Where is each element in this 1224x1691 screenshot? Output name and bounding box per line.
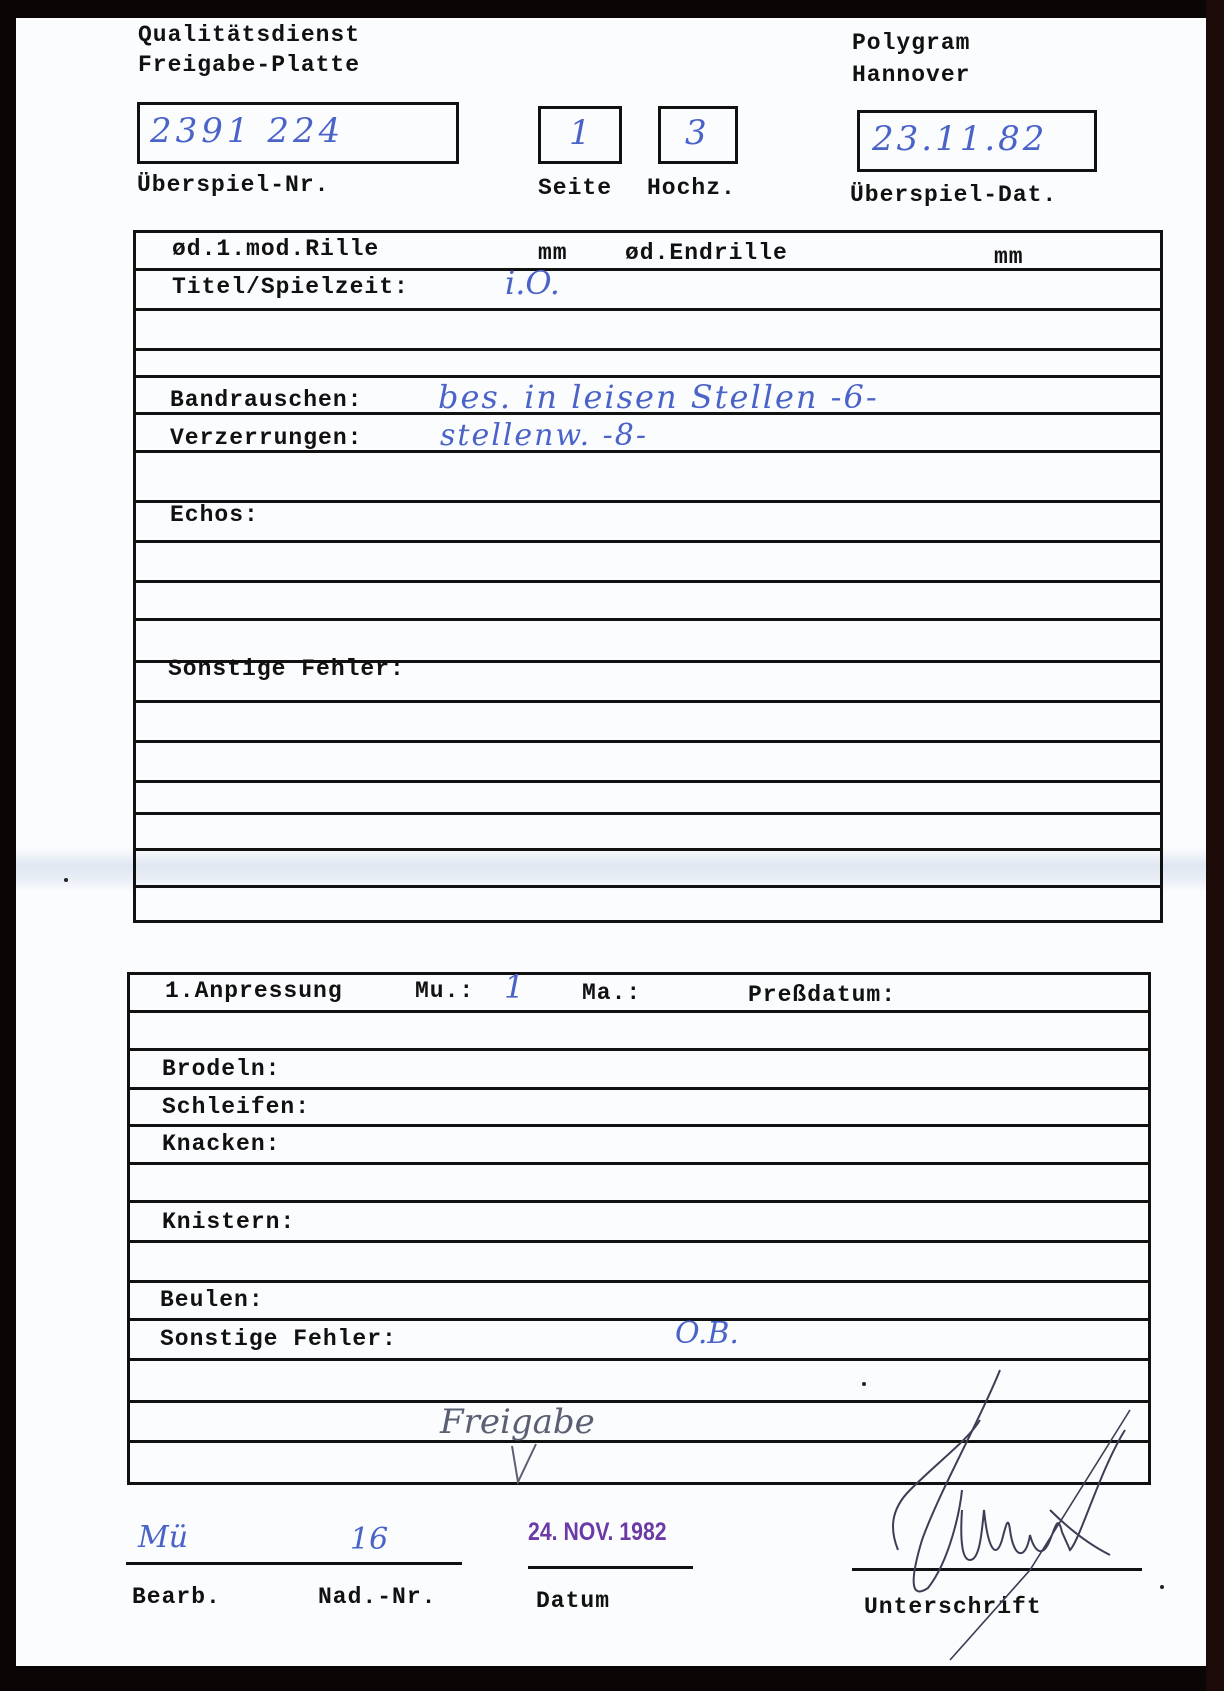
ueberspiel-nr-value: 2391 224 bbox=[150, 111, 344, 151]
table-rule bbox=[133, 812, 1163, 815]
titel-value[interactable]: i.O. bbox=[505, 264, 560, 302]
mu-value[interactable]: 1 bbox=[504, 968, 524, 1006]
hochz-value: 3 bbox=[685, 113, 707, 153]
bearb-nadel-underline bbox=[126, 1562, 462, 1565]
ink-dot bbox=[862, 1382, 866, 1386]
table-rule bbox=[133, 618, 1163, 621]
table-rule bbox=[133, 700, 1163, 703]
table-rule bbox=[127, 1280, 1151, 1283]
hochz-field[interactable]: 3 bbox=[658, 106, 738, 164]
table-rule bbox=[133, 885, 1163, 888]
ueberspiel-dat-value: 23.11.82 bbox=[872, 119, 1047, 159]
table-rule bbox=[133, 308, 1163, 311]
table-rule bbox=[133, 920, 1163, 923]
table-rule bbox=[133, 348, 1163, 351]
table-rule bbox=[127, 972, 1151, 975]
datum-label: Datum bbox=[536, 1588, 610, 1614]
table-rule bbox=[133, 500, 1163, 503]
table-rule bbox=[133, 540, 1163, 543]
table-rule bbox=[133, 230, 1163, 233]
ueberspiel-dat-label: Überspiel-Dat. bbox=[850, 182, 1057, 208]
knacken-label: Knacken: bbox=[162, 1131, 280, 1157]
table-rule bbox=[133, 780, 1163, 783]
form-title: Freigabe-Platte bbox=[138, 52, 360, 78]
verzerrungen-value[interactable]: stellenw. -8- bbox=[440, 418, 648, 453]
ueberspiel-dat-field[interactable]: 23.11.82 bbox=[857, 110, 1097, 172]
ink-dot bbox=[64, 878, 68, 882]
beulen-label: Beulen: bbox=[160, 1287, 264, 1313]
rille-label: ød.1.mod.Rille bbox=[172, 236, 379, 262]
seite-value: 1 bbox=[569, 113, 591, 153]
verzerrungen-label: Verzerrungen: bbox=[170, 425, 362, 451]
echos-label: Echos: bbox=[170, 502, 259, 528]
mu-label: Mu.: bbox=[415, 978, 474, 1004]
endrille-unit: mm bbox=[994, 244, 1024, 270]
sonstige-fehler-label-upper: Sonstige Fehler: bbox=[168, 656, 405, 682]
table-border-left bbox=[133, 230, 136, 923]
datum-underline bbox=[528, 1566, 693, 1569]
rille-unit: mm bbox=[538, 240, 568, 266]
bearb-value[interactable]: Mü bbox=[138, 1520, 188, 1555]
table-rule bbox=[127, 1124, 1151, 1127]
hochz-label: Hochz. bbox=[647, 175, 736, 201]
titel-label: Titel/Spielzeit: bbox=[172, 274, 409, 300]
freigabe-handwritten-note: Freigabe bbox=[440, 1402, 595, 1442]
pressdatum-label: Preßdatum: bbox=[748, 982, 896, 1008]
ma-label: Ma.: bbox=[582, 980, 641, 1006]
table-rule bbox=[127, 1240, 1151, 1243]
brodeln-label: Brodeln: bbox=[162, 1056, 280, 1082]
ueberspiel-nr-field[interactable]: 2391 224 bbox=[137, 102, 459, 164]
ink-dot bbox=[1160, 1585, 1164, 1589]
company-city: Hannover bbox=[852, 62, 970, 88]
scan-edge bbox=[1206, 0, 1224, 1691]
department-title: Qualitätsdienst bbox=[138, 22, 360, 48]
table-rule bbox=[127, 1010, 1151, 1013]
schleifen-label: Schleifen: bbox=[162, 1094, 310, 1120]
table-rule bbox=[133, 580, 1163, 583]
datum-stamp: 24. NOV. 1982 bbox=[528, 1518, 667, 1547]
knistern-label: Knistern: bbox=[162, 1209, 295, 1235]
freigabe-checkmark-icon bbox=[506, 1440, 546, 1500]
nadel-nr-label: Nad.-Nr. bbox=[318, 1584, 436, 1610]
signature-icon bbox=[880, 1310, 1180, 1670]
sonstige-fehler-label-lower: Sonstige Fehler: bbox=[160, 1326, 397, 1352]
bearb-label: Bearb. bbox=[132, 1584, 221, 1610]
table-border-right bbox=[1160, 230, 1163, 923]
bandrauschen-label: Bandrauschen: bbox=[170, 387, 362, 413]
table-rule bbox=[127, 1087, 1151, 1090]
table-rule bbox=[127, 1200, 1151, 1203]
seite-field[interactable]: 1 bbox=[538, 106, 622, 164]
ueberspiel-nr-label: Überspiel-Nr. bbox=[137, 172, 329, 198]
nadel-nr-value[interactable]: 16 bbox=[350, 1522, 388, 1557]
seite-label: Seite bbox=[538, 175, 612, 201]
table-rule bbox=[127, 1048, 1151, 1051]
company-name: Polygram bbox=[852, 30, 970, 56]
table-rule bbox=[133, 740, 1163, 743]
table-rule bbox=[133, 848, 1163, 851]
bandrauschen-value[interactable]: bes. in leisen Stellen -6- bbox=[438, 378, 879, 416]
sonstige-fehler-value-lower[interactable]: O.B. bbox=[675, 1316, 739, 1351]
table-rule bbox=[127, 1162, 1151, 1165]
endrille-label: ød.Endrille bbox=[625, 240, 788, 266]
anpressung-label: 1.Anpressung bbox=[165, 978, 343, 1004]
